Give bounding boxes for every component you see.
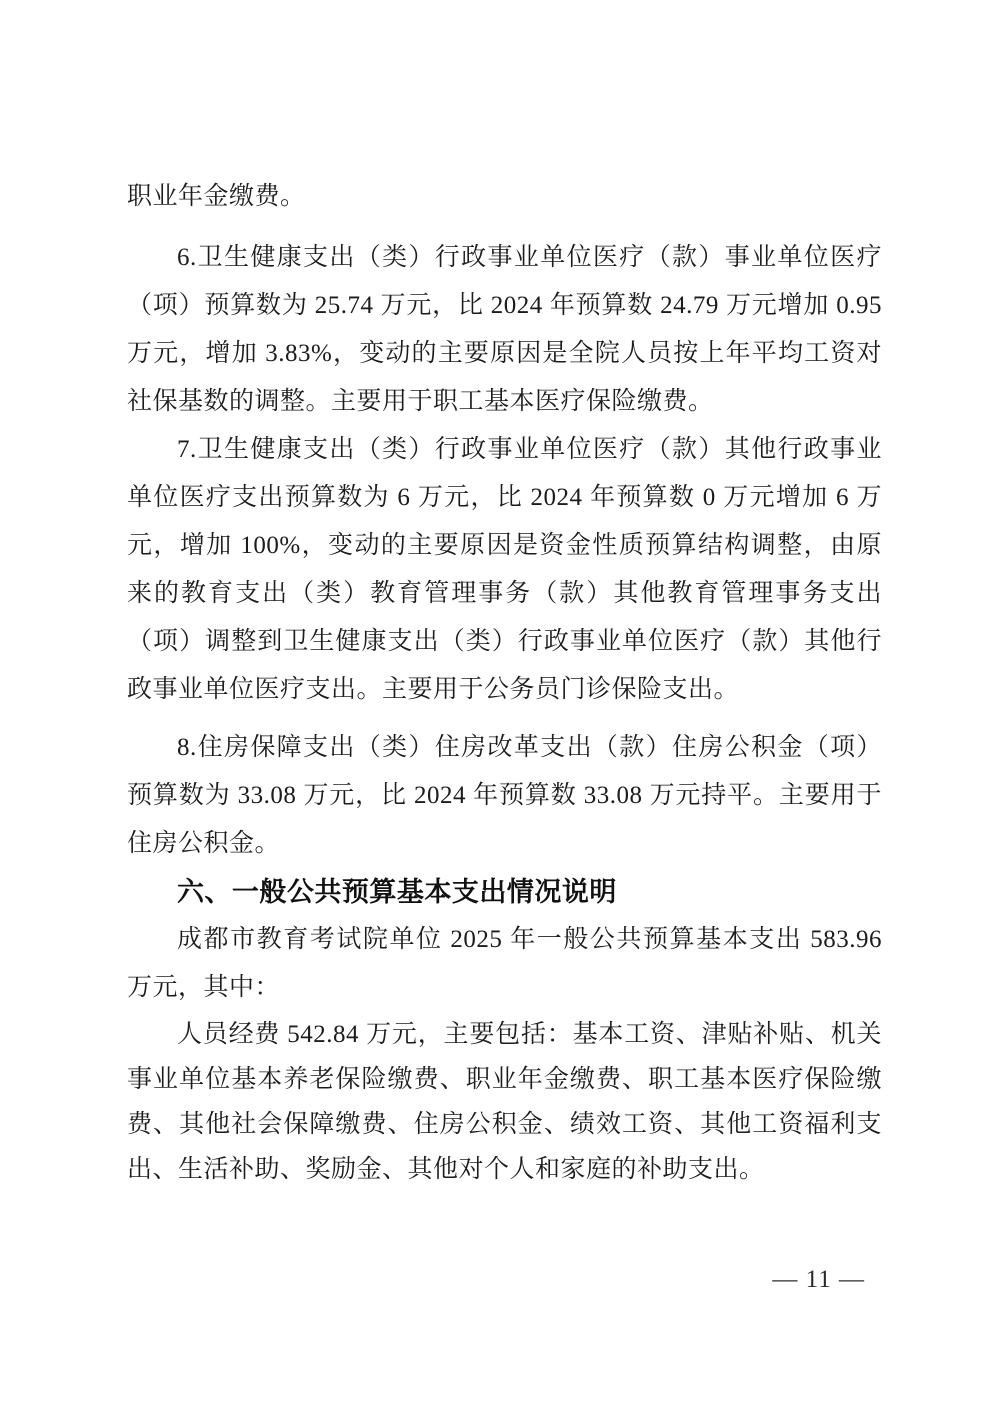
document-page: 职业年金缴费。 6.卫生健康支出（类）行政事业单位医疗（款）事业单位医疗（项）预… (0, 0, 991, 1403)
paragraph-pension-tail: 职业年金缴费。 (127, 173, 882, 221)
paragraph-personnel-expense: 人员经费 542.84 万元，主要包括：基本工资、津贴补贴、机关事业单位基本养老… (127, 1012, 882, 1192)
page-body: 职业年金缴费。 6.卫生健康支出（类）行政事业单位医疗（款）事业单位医疗（项）预… (127, 173, 882, 1192)
paragraph-item-6-health-medical: 6.卫生健康支出（类）行政事业单位医疗（款）事业单位医疗（项）预算数为 25.7… (127, 234, 882, 426)
paragraph-item-7-other-admin-medical: 7.卫生健康支出（类）行政事业单位医疗（款）其他行政事业单位医疗支出预算数为 6… (127, 426, 882, 714)
section-six-heading: 六、一般公共预算基本支出情况说明 (127, 868, 882, 916)
page-number: — 11 — (772, 1262, 865, 1298)
paragraph-item-8-housing-fund: 8.住房保障支出（类）住房改革支出（款）住房公积金（项）预算数为 33.08 万… (127, 724, 882, 868)
paragraph-basic-expense-total: 成都市教育考试院单位 2025 年一般公共预算基本支出 583.96 万元，其中… (127, 916, 882, 1012)
